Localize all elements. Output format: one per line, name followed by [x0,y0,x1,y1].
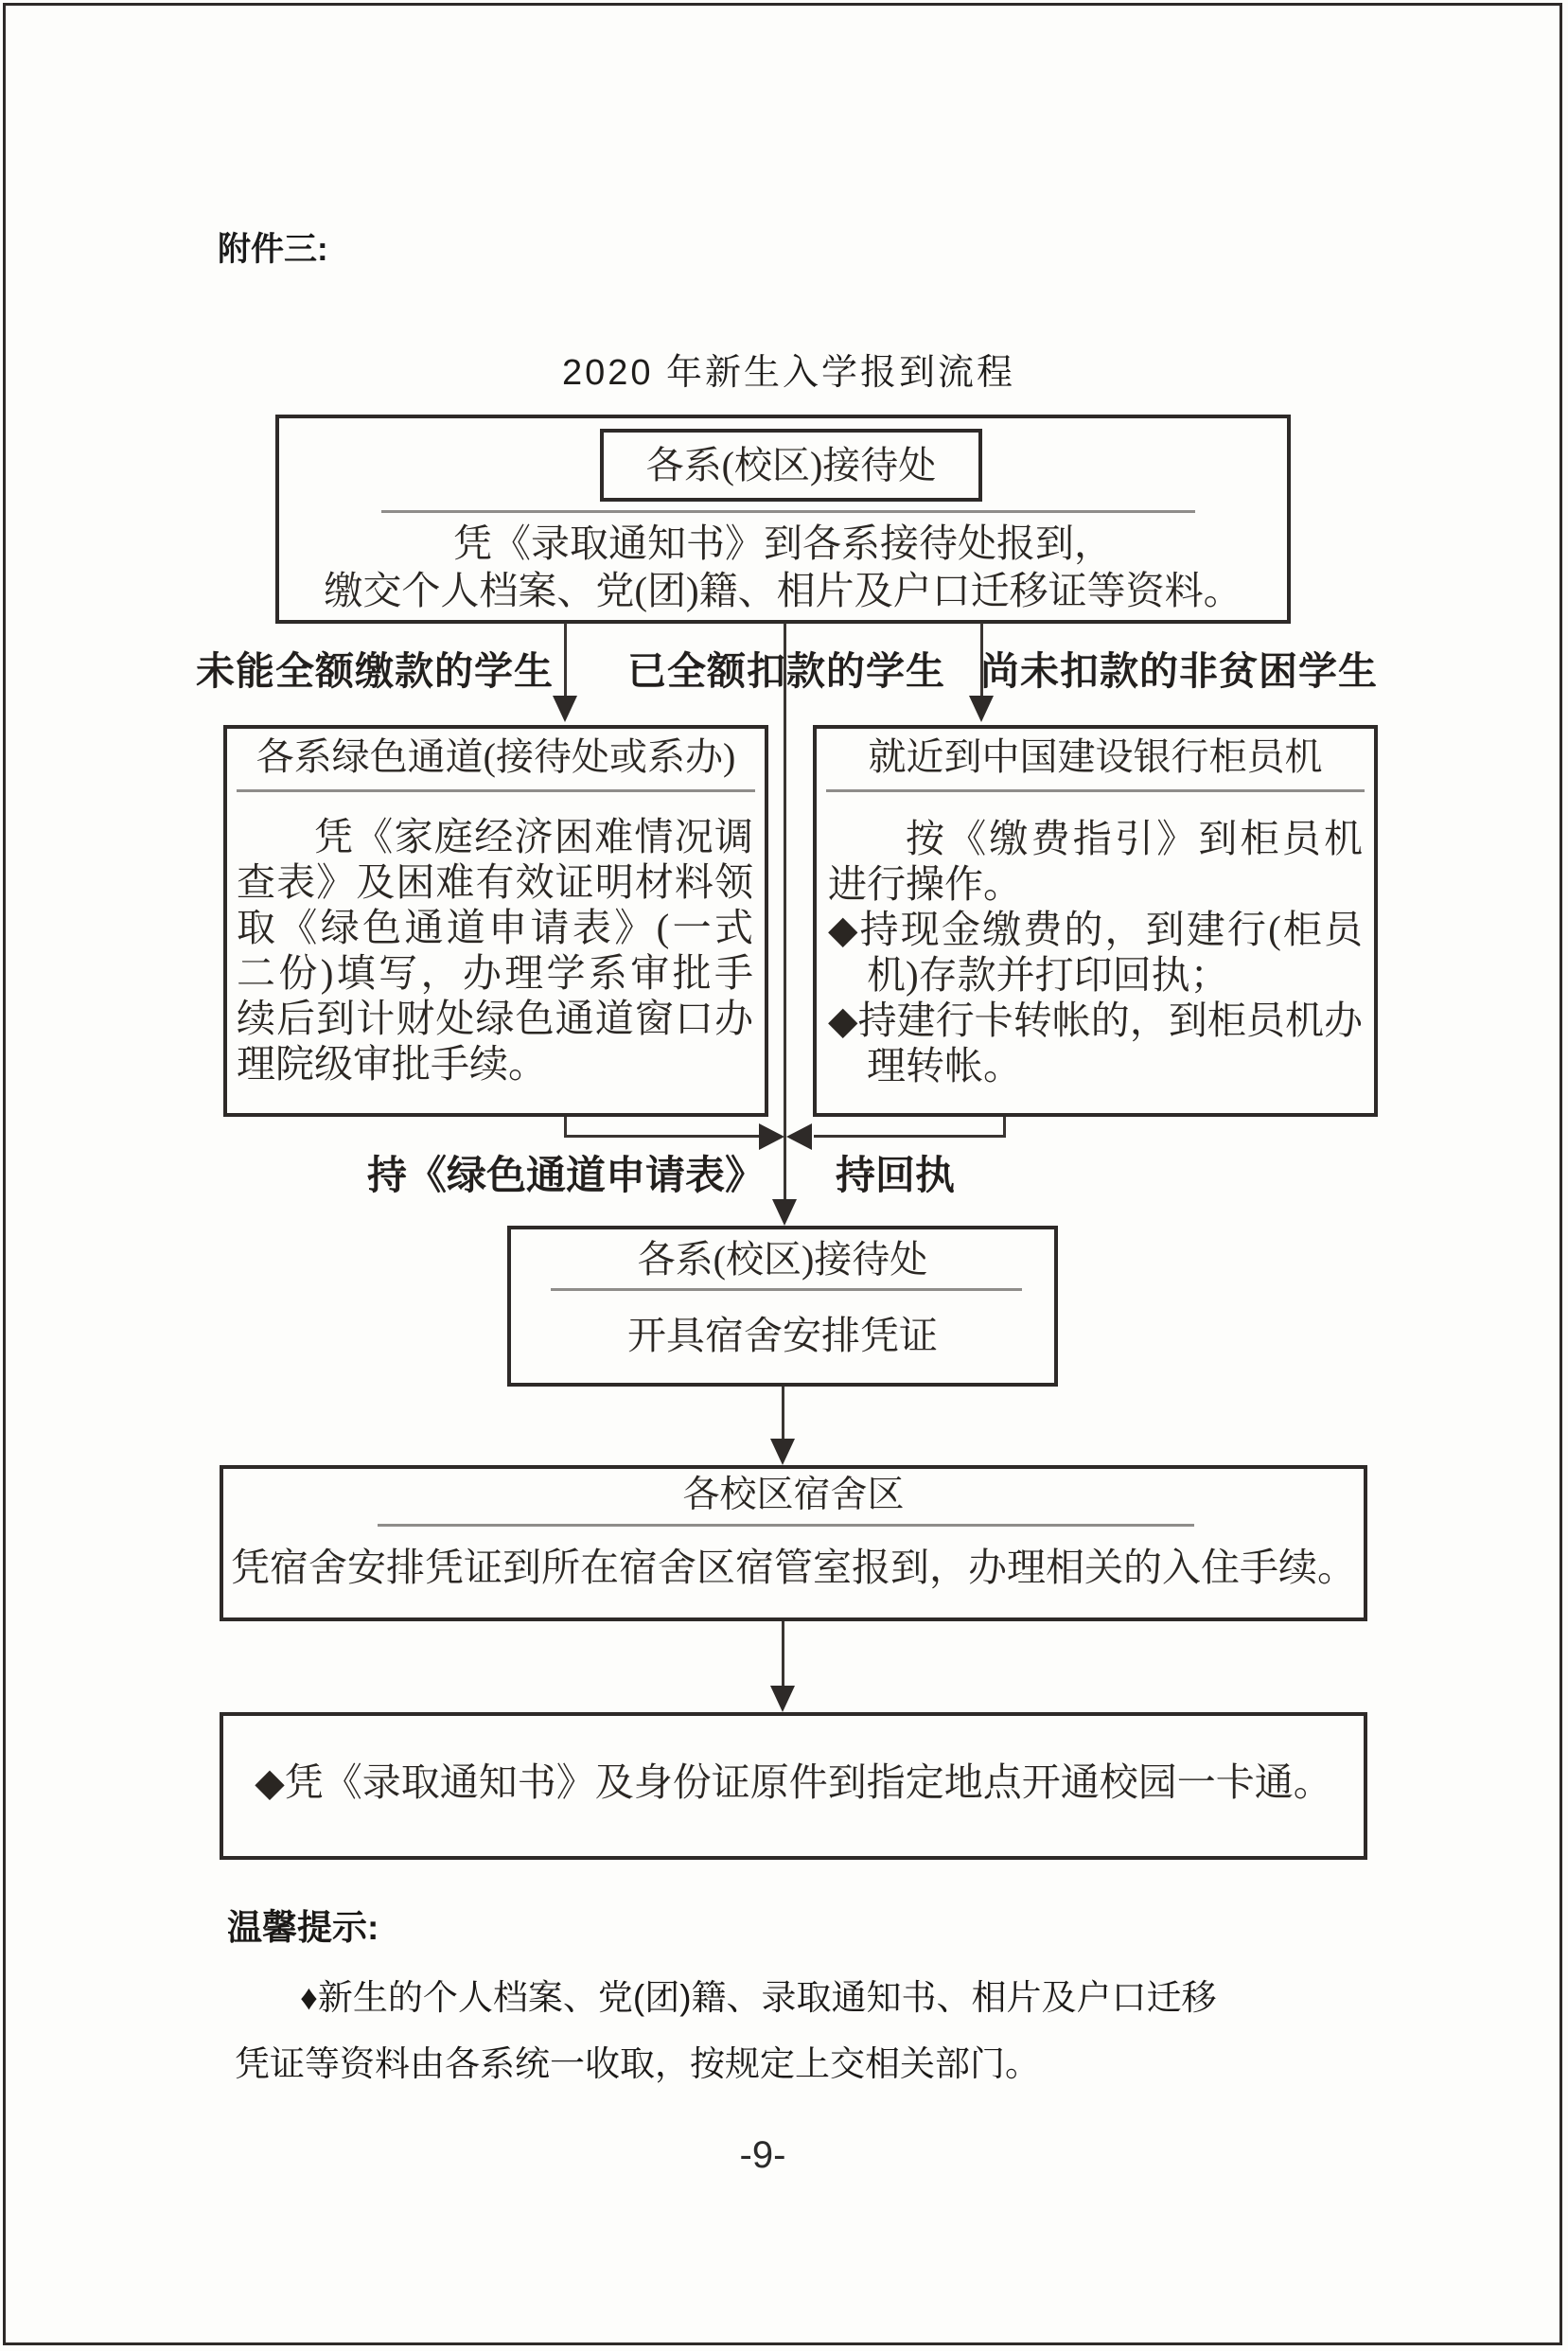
arrow-down-merge-icon [772,1199,797,1226]
connector-box3-box4 [782,1621,784,1688]
arrow-down-left-icon [553,696,577,722]
branch-label-full-payment: 已全额扣款的学生 [627,649,945,693]
dorm-title: 各校区宿舍区 [223,1475,1364,1516]
dorm-body: 凭宿舍安排凭证到所在宿舍区宿管室报到，办理相关的入住手续。 [223,1545,1364,1590]
reception-line1: 凭《录取通知书》到各系接待处报到， [279,521,1287,566]
arrow-left-icon [786,1123,812,1150]
reception2-title: 各系(校区)接待处 [511,1237,1054,1282]
tips-line2: 凭证等资料由各系统一收取，按规定上交相关部门。 [235,2035,1040,2086]
merge-right-hline [814,1135,1005,1138]
page-title: 2020 年新生入学报到流程 [9,343,1568,395]
bank-title: 就近到中国建设银行柜员机 [817,734,1374,780]
merge-left-hline [564,1135,761,1138]
dorm-separator [378,1524,1194,1527]
tips-title: 温馨提示: [227,1899,379,1950]
flow-box-bank: 就近到中国建设银行柜员机 按《缴费指引》到柜员机进行操作。 ◆持现金缴费的，到建… [813,725,1378,1117]
reception-title: 各系(校区)接待处 [604,433,978,498]
arrow-down-box3-icon [770,1439,795,1465]
green-channel-body: 凭《家庭经济困难情况调查表》及困难有效证明材料领取《绿色通道申请表》(一式二份)… [237,814,753,1087]
connector-middle-line [784,623,786,1200]
bank-separator [826,789,1365,792]
arrow-down-right-icon [969,696,994,722]
attachment-label: 附件三: [218,223,328,271]
reception-line2: 缴交个人档案、党(团)籍、相片及户口迁移证等资料。 [279,568,1287,613]
flow-box-campus-card: ◆凭《录取通知书》及身份证原件到指定地点开通校园一卡通。 [220,1712,1367,1860]
green-channel-title: 各系绿色通道(接待处或系办) [227,734,765,780]
flow-box-reception: 各系(校区)接待处 凭《录取通知书》到各系接待处报到， 缴交个人档案、党(团)籍… [275,415,1291,624]
reception-separator [381,510,1195,513]
reception2-body: 开具宿舍安排凭证 [511,1313,1054,1358]
merge-label-receipt: 持回执 [836,1155,955,1198]
branch-label-not-full-payment: 未能全额缴款的学生 [196,649,554,693]
reception2-separator [551,1288,1022,1291]
arrow-down-box4-icon [770,1686,795,1712]
flow-box-reception2: 各系(校区)接待处 开具宿舍安排凭证 [507,1226,1058,1387]
document-page: 附件三: 2020 年新生入学报到流程 各系(校区)接待处 凭《录取通知书》到各… [0,0,1568,2351]
flow-box-green-channel: 各系绿色通道(接待处或系办) 凭《家庭经济困难情况调查表》及困难有效证明材料领取… [223,725,768,1117]
tips-line1: ♦新生的个人档案、党(团)籍、录取通知书、相片及户口迁移 [300,1969,1217,2020]
bank-intro: 按《缴费指引》到柜员机进行操作。 [828,816,1363,907]
bank-bullet-card: ◆持建行卡转帐的，到柜员机办理转帐。 [828,998,1363,1088]
green-channel-separator [237,789,755,792]
branch-label-not-deducted: 尚未扣款的非贫困学生 [980,649,1378,693]
reception-title-box: 各系(校区)接待处 [600,429,982,502]
connector-box2-box3 [782,1387,784,1441]
merge-label-application-form: 持《绿色通道申请表》 [367,1155,765,1198]
bank-bullet-cash: ◆持现金缴费的，到建行(柜员机)存款并打印回执； [828,907,1363,998]
campus-card-body: ◆凭《录取通知书》及身份证原件到指定地点开通校园一卡通。 [223,1759,1364,1805]
connector-left-line [564,623,567,697]
page-number: -9- [715,2134,810,2177]
arrow-right-icon [759,1123,784,1150]
flow-box-dorm: 各校区宿舍区 凭宿舍安排凭证到所在宿舍区宿管室报到，办理相关的入住手续。 [220,1465,1367,1621]
